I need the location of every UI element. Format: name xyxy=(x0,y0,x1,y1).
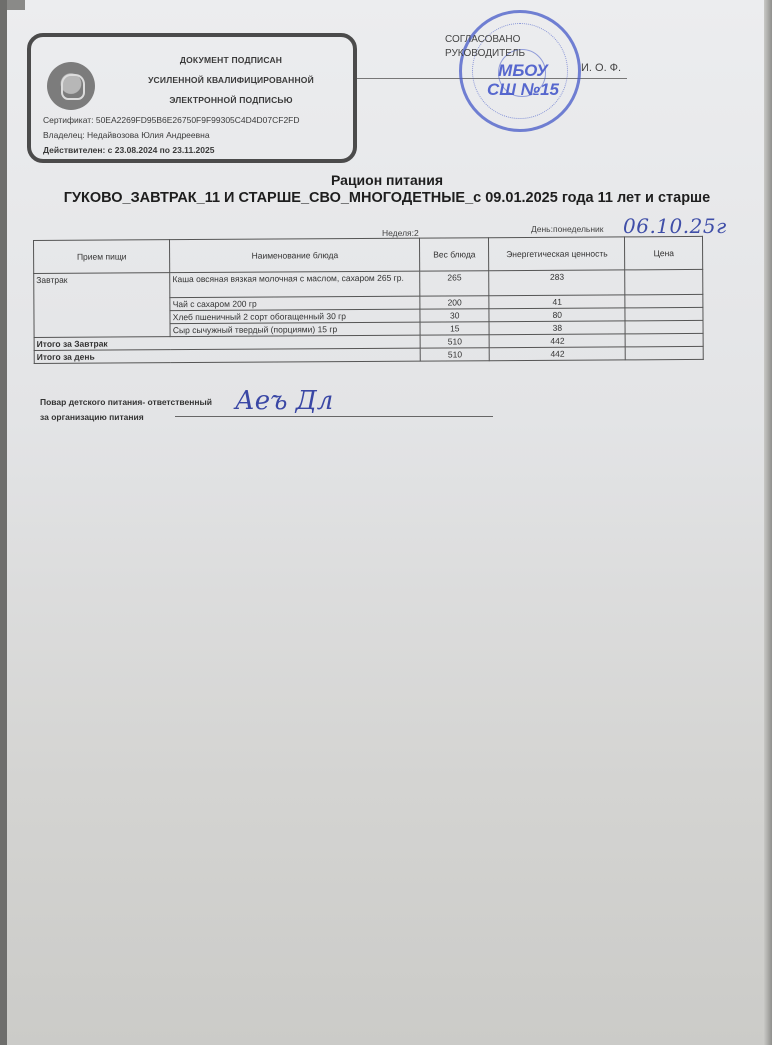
handwritten-signature: Аеъ Дл xyxy=(235,386,333,416)
header-weight: Вес блюда xyxy=(420,238,489,271)
price-cell xyxy=(625,307,703,320)
signature-heading-1: ДОКУМЕНТ ПОДПИСАН xyxy=(106,55,356,65)
signature-heading-2: УСИЛЕННОЙ КВАЛИФИЦИРОВАННОЙ xyxy=(106,75,356,85)
seal-text-2: СШ №15 xyxy=(462,80,584,100)
approval-position: РУКОВОДИТЕЛЬ xyxy=(445,48,525,59)
meal-cell: Завтрак xyxy=(34,273,171,338)
total-row-day: Итого за день 510 442 xyxy=(34,346,703,363)
dish-cell: Каша овсяная вязкая молочная с маслом, с… xyxy=(170,271,420,298)
energy-cell: 283 xyxy=(489,270,625,296)
document-title: Рацион питания xyxy=(27,172,747,188)
header-energy: Энергетическая ценность xyxy=(489,237,625,271)
total-energy: 442 xyxy=(489,347,625,361)
certificate-validity: Действителен: с 23.08.2024 по 23.11.2025 xyxy=(43,145,214,155)
energy-cell: 38 xyxy=(489,321,625,335)
price-cell xyxy=(625,294,703,307)
cook-title-line2: за организацию питания xyxy=(40,412,144,422)
energy-cell: 41 xyxy=(489,295,625,309)
electronic-signature-stamp: ДОКУМЕНТ ПОДПИСАН УСИЛЕННОЙ КВАЛИФИЦИРОВ… xyxy=(27,33,357,163)
cook-title-line1: Повар детского питания- ответственный xyxy=(40,397,212,407)
price-cell xyxy=(625,320,703,333)
total-weight: 510 xyxy=(420,348,489,361)
total-energy: 442 xyxy=(489,334,625,348)
seal-text-1: МБОУ xyxy=(462,61,584,81)
menu-table: Прием пищи Наименование блюда Вес блюда … xyxy=(33,236,704,364)
paper-corner-shadow xyxy=(7,0,25,10)
total-price xyxy=(626,346,704,359)
header-dish: Наименование блюда xyxy=(170,238,420,273)
weight-cell: 265 xyxy=(420,271,489,296)
certificate-number: Сертификат: 50EA2269FD95B6E26750F9F99305… xyxy=(43,115,300,125)
day-label: День:понедельник xyxy=(531,224,604,234)
approval-fio: И. О. Ф. xyxy=(581,62,621,74)
total-price xyxy=(625,333,703,346)
week-label: Неделя:2 xyxy=(382,228,419,238)
total-label: Итого за день xyxy=(34,348,420,363)
document-page: ДОКУМЕНТ ПОДПИСАН УСИЛЕННОЙ КВАЛИФИЦИРОВ… xyxy=(7,0,765,1045)
signature-heading-3: ЭЛЕКТРОННОЙ ПОДПИСЬЮ xyxy=(106,95,356,105)
document-subtitle: ГУКОВО_ЗАВТРАК_11 И СТАРШЕ_СВО_МНОГОДЕТН… xyxy=(27,189,747,207)
emblem-icon xyxy=(47,62,95,110)
certificate-owner: Владелец: Недайвозова Юлия Андреевна xyxy=(43,130,210,140)
price-cell xyxy=(625,269,703,294)
header-meal: Прием пищи xyxy=(34,240,170,274)
table-header-row: Прием пищи Наименование блюда Вес блюда … xyxy=(34,236,703,273)
total-weight: 510 xyxy=(420,335,489,348)
energy-cell: 80 xyxy=(489,308,625,322)
header-price: Цена xyxy=(625,236,703,269)
signature-line xyxy=(175,416,493,417)
school-seal: МБОУ СШ №15 xyxy=(459,10,581,132)
weight-cell: 15 xyxy=(420,322,489,335)
weight-cell: 30 xyxy=(420,309,489,322)
weight-cell: 200 xyxy=(420,296,489,309)
handwritten-date: 06.10.25г xyxy=(623,214,727,238)
paper-edge-shadow xyxy=(764,0,772,1045)
approval-agreed: СОГЛАСОВАНО xyxy=(445,34,520,45)
